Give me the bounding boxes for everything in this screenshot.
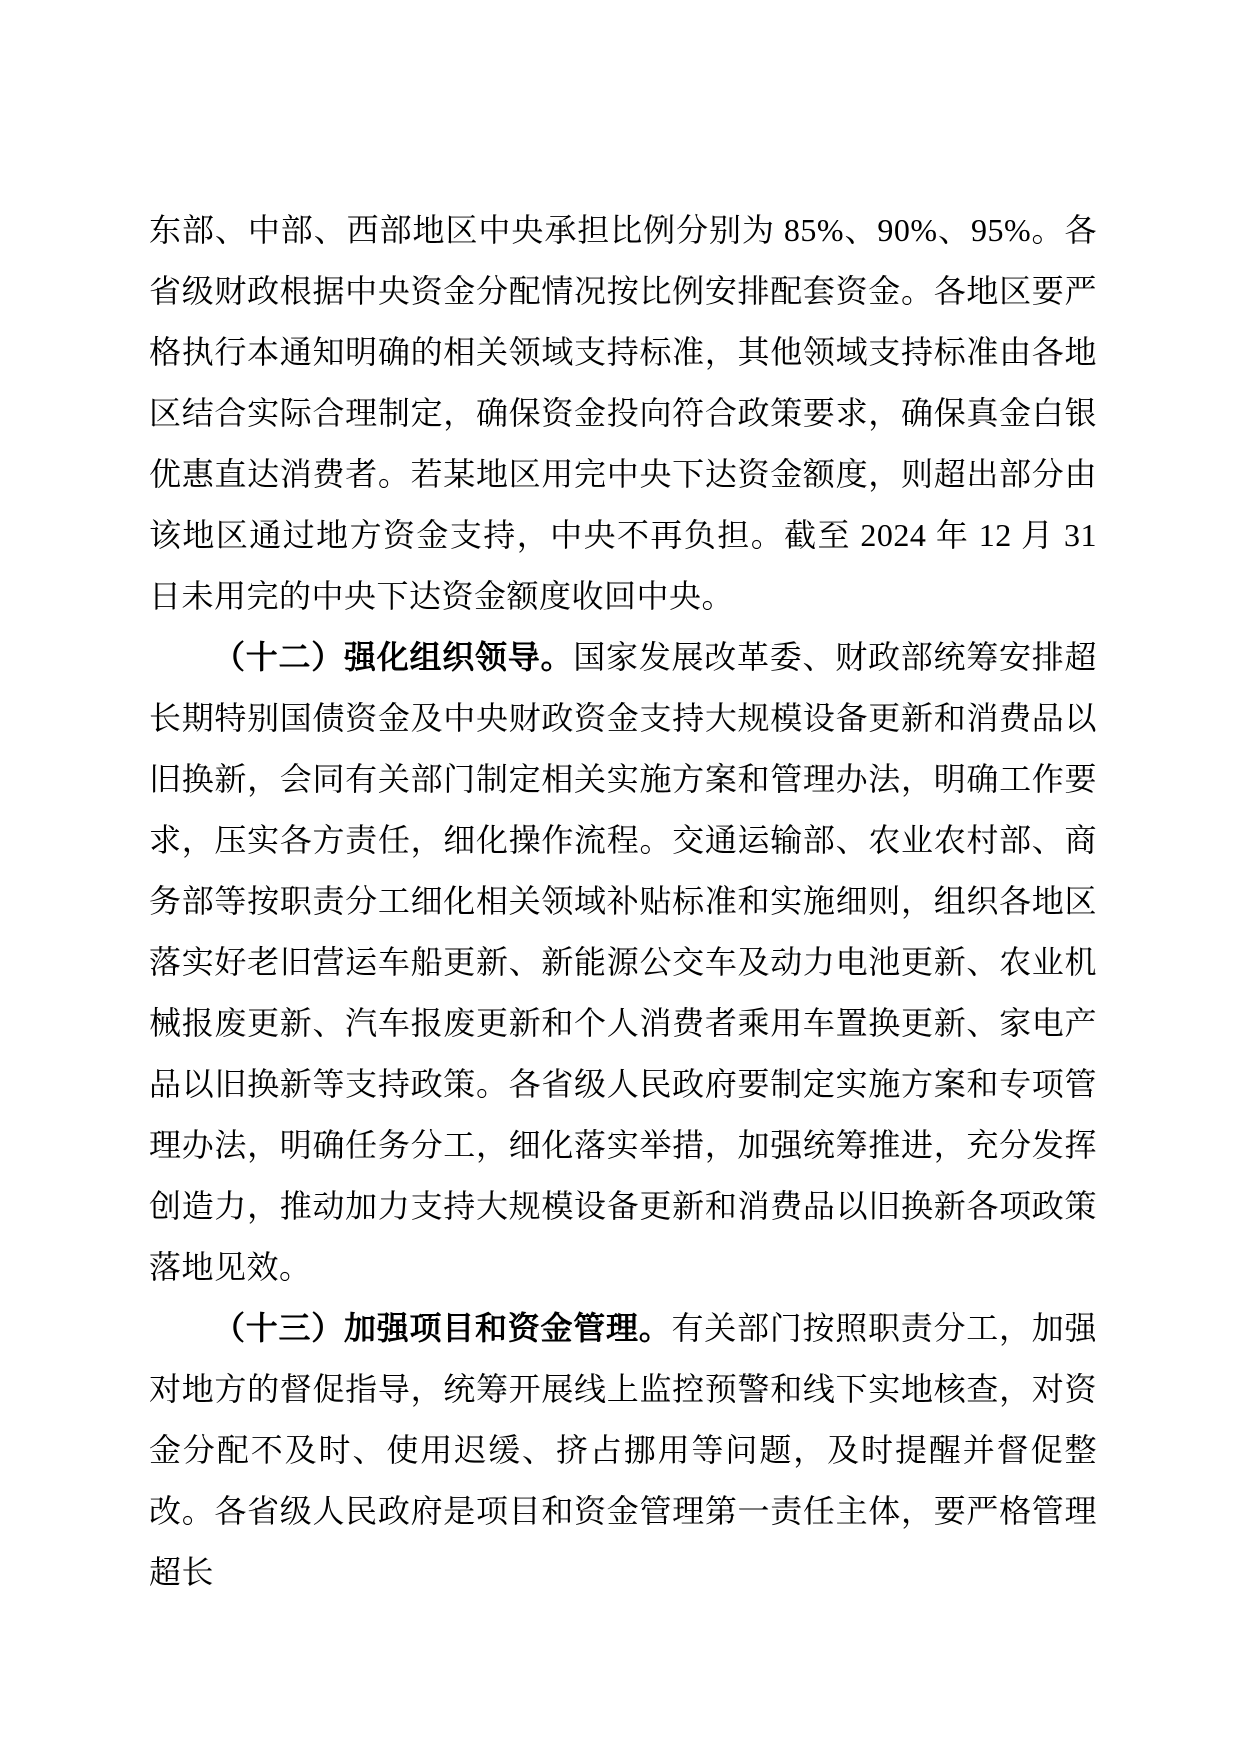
document-page: 东部、中部、西部地区中央承担比例分别为 85%、90%、95%。各省级财政根据中…	[0, 0, 1240, 1753]
paragraph-text: 有关部门按照职责分工，加强对地方的督促指导，统筹开展线上监控预警和线下实地核查，…	[149, 1310, 1097, 1590]
paragraph-item-13: （十三）加强项目和资金管理。有关部门按照职责分工，加强对地方的督促指导，统筹开展…	[149, 1298, 1097, 1603]
paragraph-text: 东部、中部、西部地区中央承担比例分别为 85%、90%、95%。各省级财政根据中…	[149, 212, 1097, 614]
paragraph-text: 国家发展改革委、财政部统筹安排超长期特别国债资金及中央财政资金支持大规模设备更新…	[149, 639, 1097, 1285]
paragraph-lead: （十二）强化组织领导。	[213, 639, 573, 675]
paragraph-item-12: （十二）强化组织领导。国家发展改革委、财政部统筹安排超长期特别国债资金及中央财政…	[149, 627, 1097, 1298]
paragraph-continuation: 东部、中部、西部地区中央承担比例分别为 85%、90%、95%。各省级财政根据中…	[149, 200, 1097, 627]
paragraph-lead: （十三）加强项目和资金管理。	[213, 1310, 671, 1346]
document-body: 东部、中部、西部地区中央承担比例分别为 85%、90%、95%。各省级财政根据中…	[149, 200, 1097, 1603]
